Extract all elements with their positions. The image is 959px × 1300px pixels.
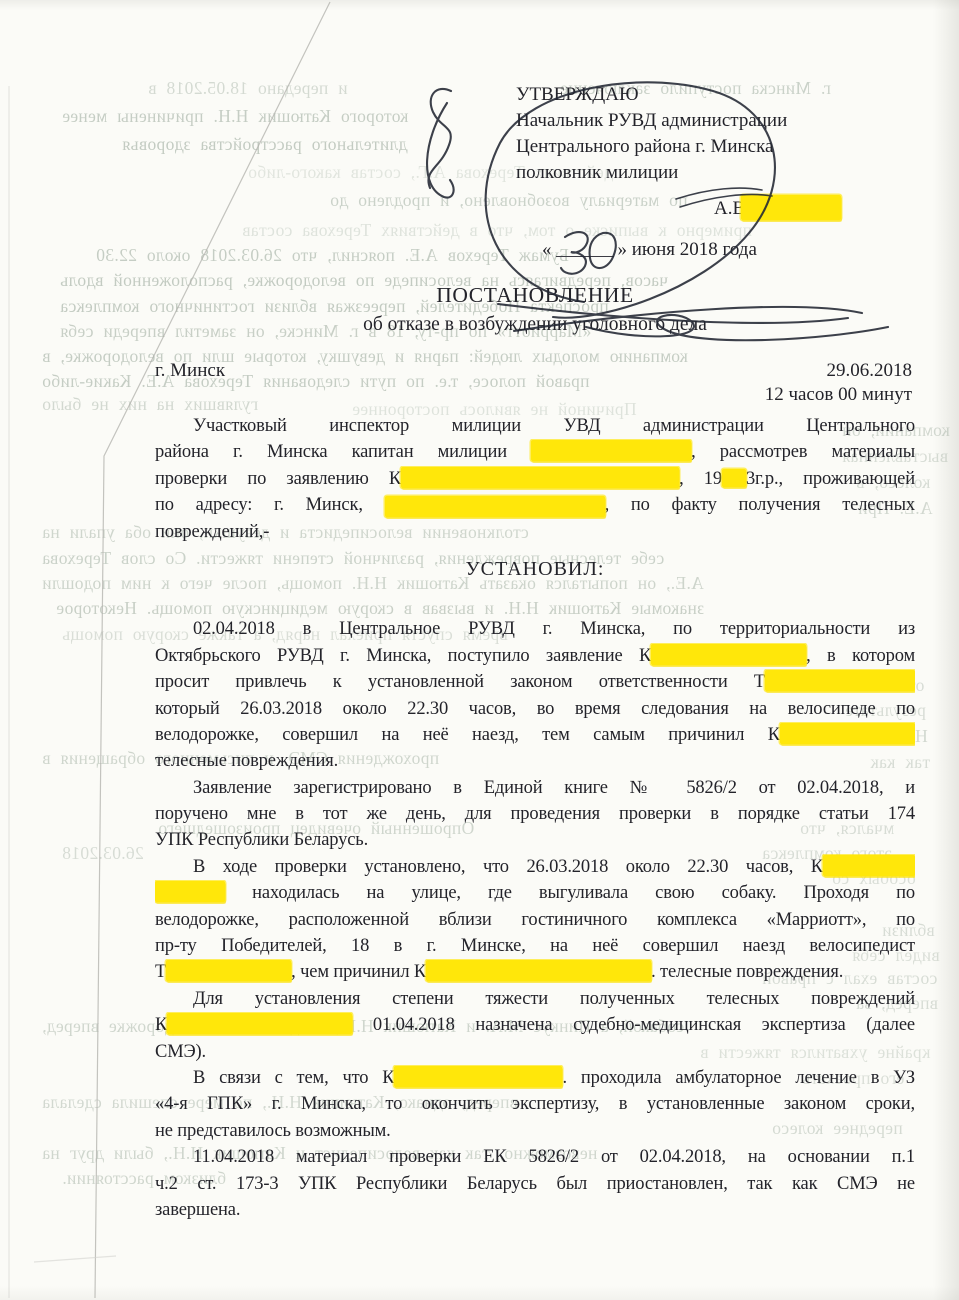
doc-line: находилась на улице, где выгуливала свою… [155, 880, 915, 906]
redaction-highlight [394, 1066, 562, 1087]
doc-line: К 01.04.2018 назначена судебно-медицинск… [155, 1012, 915, 1038]
paragraph: Заявление зарегистрировано в Единой книг… [155, 775, 915, 854]
paragraph: 02.04.2018 в Центральное РУВД г. Минска,… [155, 616, 915, 774]
redaction-highlight [167, 1013, 352, 1034]
redaction-highlight [155, 881, 225, 902]
approval-stamp-word: УТВЕРЖДАЮ [516, 82, 918, 108]
document-content: УТВЕРЖДАЮ Начальник РУВД администрации Ц… [0, 0, 959, 1300]
paragraph: В ходе проверки установлено, что 26.03.2… [155, 854, 915, 986]
doc-line: не представилось возможным. [155, 1118, 915, 1144]
redaction-highlight [722, 469, 746, 487]
meta-block: г. Минск 29.06.2018 12 часов 00 минут [155, 360, 912, 406]
document-subtitle: об отказе в возбуждении уголовного дела [155, 314, 915, 336]
doc-line: который 26.03.2018 около 22.30 часов, во… [155, 696, 915, 722]
doc-line: пр-ту Победителей, 18 в г. Минске, на не… [155, 933, 915, 959]
doc-line: Заявление зарегистрировано в Единой книг… [155, 775, 915, 801]
redaction-highlight [401, 467, 679, 488]
doc-line: повреждений,- [155, 519, 915, 545]
approver-post-line2: Центрального района г. Минска [516, 134, 918, 160]
doc-line: поручено мне в тот же день, для проведен… [155, 801, 915, 827]
paragraph: Для установления степени тяжести получен… [155, 986, 915, 1065]
handwritten-day-slot: 30 [556, 236, 614, 257]
preamble-paragraphs: Участковый инспектор милиции УВД админис… [155, 413, 915, 545]
approver-post-line1: Начальник РУВД администрации [516, 108, 918, 134]
doc-line: завершена. [155, 1197, 915, 1223]
approval-date-row: «30» июня 2018 года [542, 236, 918, 263]
document-body: Участковый инспектор милиции УВД админис… [155, 413, 915, 1223]
document-title: ПОСТАНОВЛЕНИЕ [155, 283, 915, 308]
doc-line: СМЭ). [155, 1039, 915, 1065]
approver-rank: полковник милиции [516, 160, 918, 186]
doc-line: В ходе проверки установлено, что 26.03.2… [155, 854, 915, 880]
approver-initials-row: А.В [714, 195, 918, 222]
issue-place: г. Минск [155, 360, 225, 382]
doc-line: ч.2 ст. 173-3 УПК Республики Беларусь бы… [155, 1171, 915, 1197]
doc-line: Для установления степени тяжести получен… [155, 986, 915, 1012]
redaction-highlight [531, 440, 691, 461]
doc-line: проверки по заявлению К, 193г.р., прожив… [155, 466, 915, 492]
findings-paragraphs: 02.04.2018 в Центральное РУВД г. Минска,… [155, 616, 915, 1223]
doc-line: 02.04.2018 в Центральное РУВД г. Минска,… [155, 616, 915, 642]
scanned-document-page: и передано 18.05.2018 вг. Минска поступи… [0, 0, 959, 1300]
quote-open: « [542, 239, 552, 260]
redaction-highlight [741, 195, 841, 220]
redaction-highlight [385, 496, 605, 517]
doc-line: УПК Республики Беларусь. [155, 827, 915, 853]
doc-line: В связи с тем, что К. проходила амбулато… [155, 1065, 915, 1091]
doc-line: по адресу: г. Минск, , по факту получени… [155, 492, 915, 518]
redaction-highlight [651, 644, 806, 665]
issue-date: 29.06.2018 [827, 360, 913, 382]
doc-line: Участковый инспектор милиции УВД админис… [155, 413, 915, 439]
paragraph: В связи с тем, что К. проходила амбулато… [155, 1065, 915, 1144]
handwritten-day-value: 30 [556, 236, 557, 237]
doc-line: 11.04.2018 материал проверки ЕК 5826/2 о… [155, 1144, 915, 1170]
doc-line: Т, чем причинил К. телесные повреждения. [155, 959, 915, 985]
issue-time: 12 часов 00 минут [155, 384, 912, 406]
doc-line: велодорожке, совершил на неё наезд, тем … [155, 722, 915, 748]
doc-line: велодорожке, расположенной вблизи гостин… [155, 907, 915, 933]
redaction-highlight [765, 670, 915, 691]
title-block: ПОСТАНОВЛЕНИЕ об отказе в возбуждении уг… [155, 283, 915, 336]
doc-line: Октябрьского РУВД г. Минска, поступило з… [155, 643, 915, 669]
doc-line: телесные повреждения. [155, 748, 915, 774]
date-suffix: » июня 2018 года [618, 239, 757, 260]
doc-line: «4-я ГПК» г. Минска, то окончить эксперт… [155, 1091, 915, 1117]
paragraph: Участковый инспектор милиции УВД админис… [155, 413, 915, 545]
doc-line: просит привлечь к установленной законом … [155, 669, 915, 695]
redaction-highlight [780, 723, 915, 744]
redaction-highlight [823, 855, 915, 876]
doc-line: района г. Минска капитан милиции , рассм… [155, 439, 915, 465]
paragraph: 11.04.2018 материал проверки ЕК 5826/2 о… [155, 1144, 915, 1223]
approval-block: УТВЕРЖДАЮ Начальник РУВД администрации Ц… [516, 82, 918, 263]
established-heading: УСТАНОВИЛ: [155, 556, 915, 582]
redaction-highlight [426, 960, 651, 981]
redaction-highlight [166, 960, 291, 981]
